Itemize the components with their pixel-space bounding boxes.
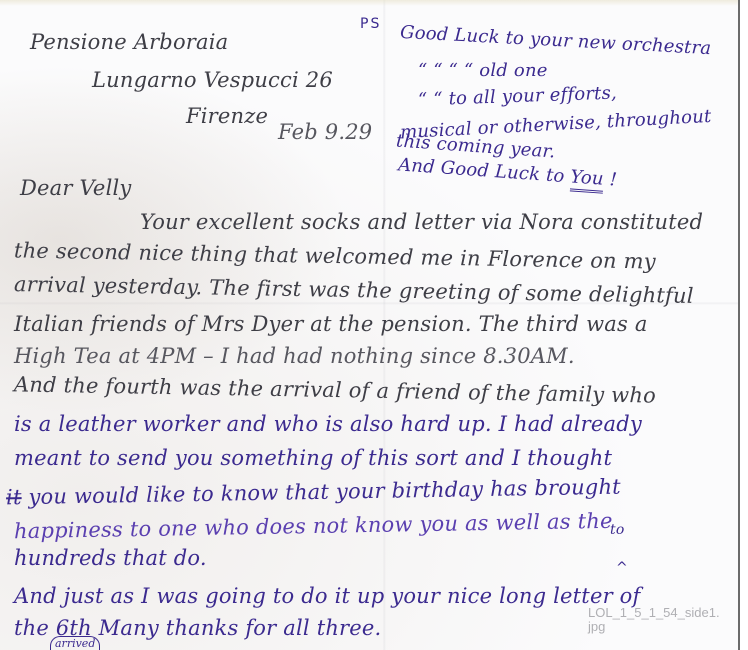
address-line-2: Lungarno Vespucci 26 bbox=[92, 68, 333, 92]
body-line-5: High Tea at 4PM – I had had nothing sinc… bbox=[14, 344, 575, 368]
insertion-caret: ^ bbox=[616, 560, 628, 576]
body-line-3: arrival yesterday. The first was the gre… bbox=[14, 272, 694, 308]
body-line-9-text: you would like to know that your birthda… bbox=[28, 475, 621, 509]
body-line-2: the second nice thing that welcomed me i… bbox=[14, 238, 656, 273]
body-line-4: Italian friends of Mrs Dyer at the pensi… bbox=[14, 312, 648, 336]
body-line-1: Your excellent socks and letter via Nora… bbox=[140, 210, 703, 234]
body-line-9: it you would like to know that your birt… bbox=[6, 475, 621, 510]
letter-page: Pensione Arboraia Lungarno Vespucci 26 F… bbox=[0, 0, 740, 650]
ps-closing-emphasis: You bbox=[569, 166, 604, 193]
struck-prefix: it bbox=[6, 485, 22, 509]
body-line-6: And the fourth was the arrival of a frie… bbox=[14, 372, 656, 407]
ps-line-2: “ “ “ “ old one bbox=[418, 60, 548, 81]
caret-insert-text: to bbox=[610, 522, 624, 538]
circled-note: arrived bbox=[50, 636, 100, 650]
body-line-10: happiness to one who does not know you a… bbox=[14, 509, 613, 543]
body-line-7: is a leather worker and who is also hard… bbox=[14, 412, 642, 436]
body-line-11: hundreds that do. bbox=[14, 546, 207, 570]
ps-line-6: And Good Luck to You ! bbox=[398, 154, 618, 190]
salutation: Dear Velly bbox=[20, 176, 131, 200]
body-line-12: And just as I was going to do it up your… bbox=[14, 584, 641, 608]
ps-line-1: Good Luck to your new orchestra bbox=[400, 22, 712, 59]
address-line-3: Firenze bbox=[186, 104, 268, 128]
archive-watermark: LOL_1_5_1_54_side1. jpg bbox=[588, 606, 720, 634]
address-line-1: Pensione Arboraia bbox=[30, 30, 228, 54]
ps-closing-punct: ! bbox=[603, 169, 618, 191]
letter-date: Feb 9.29 bbox=[278, 120, 372, 144]
ps-line-3: “ “ to all your efforts, bbox=[418, 83, 618, 111]
body-line-8: meant to send you something of this sort… bbox=[14, 446, 612, 470]
paper-top-edge bbox=[0, 0, 738, 6]
ps-marker: PS bbox=[360, 16, 381, 32]
